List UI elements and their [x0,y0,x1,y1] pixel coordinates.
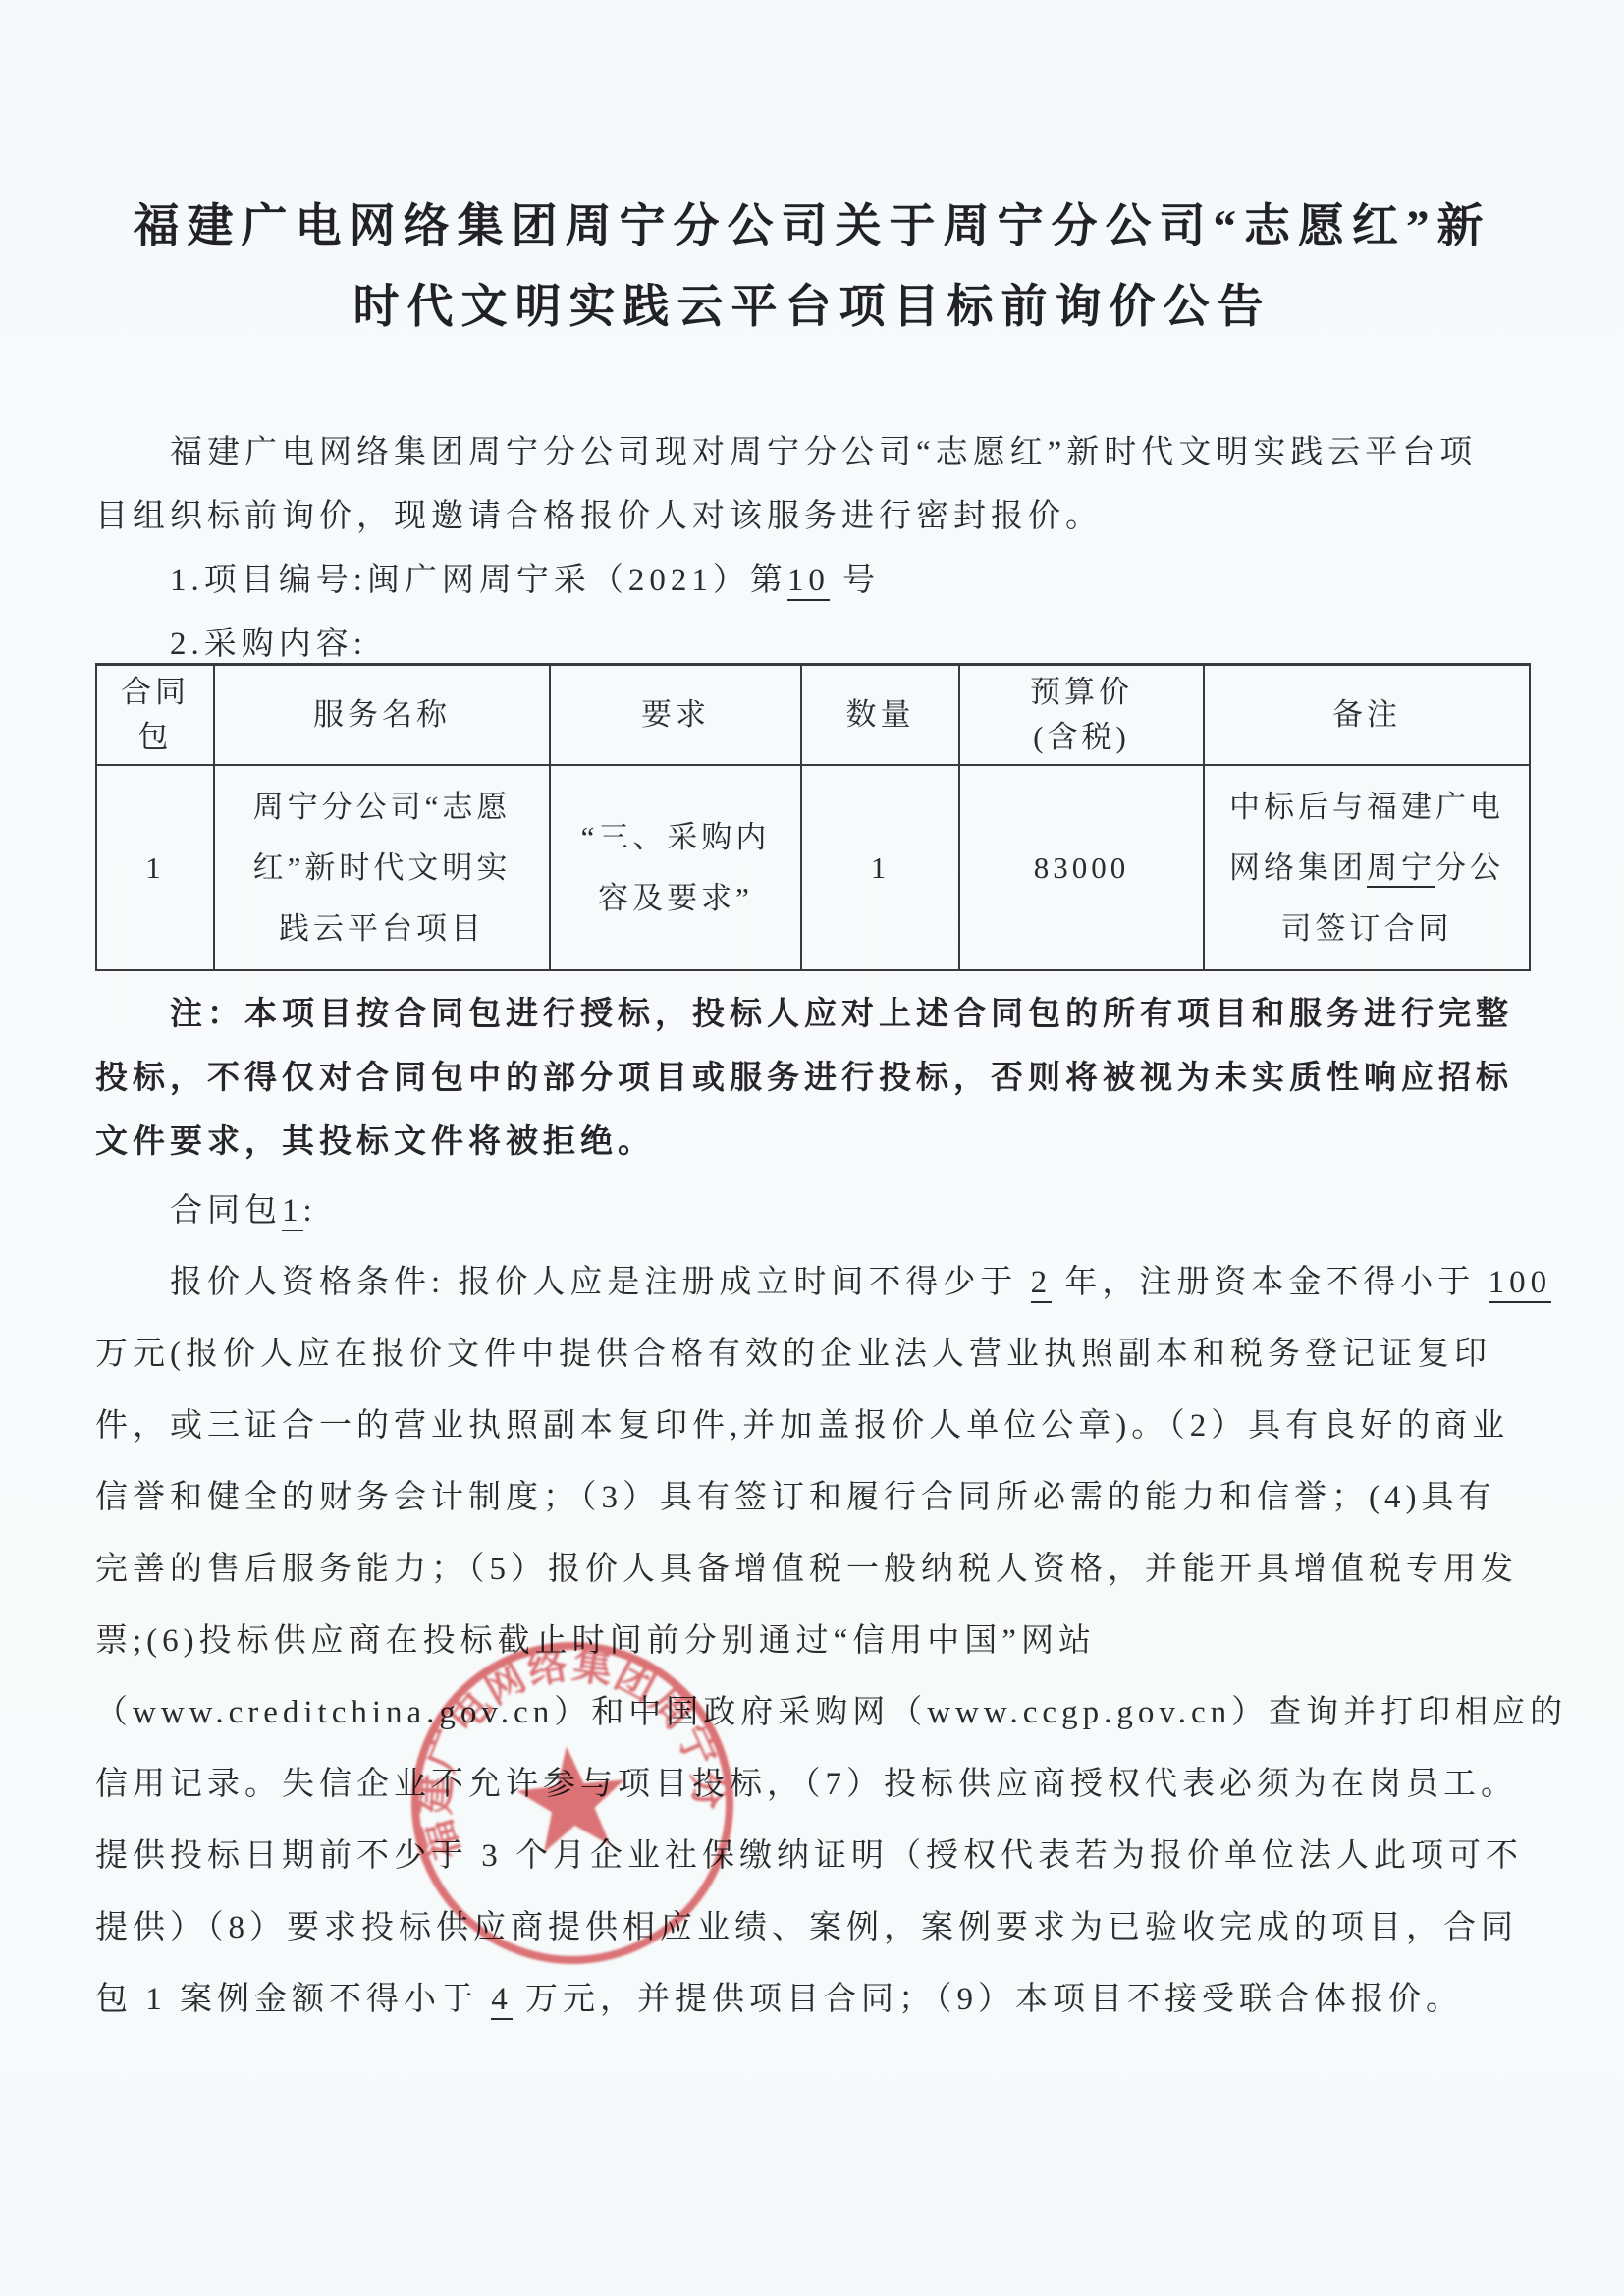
text-line: 报价人资格条件: 报价人应是注册成立时间不得少于 2 年，注册资本金不得小于 1… [95,1247,1529,1319]
cell-budget-price: 83000 [959,765,1204,970]
cell-quantity: 1 [801,765,959,970]
underlined-value: 4 [491,1982,513,2020]
table-header-row: 合同 包 服务名称 要求 数量 预算价 (含税) 备注 [96,665,1530,766]
text-line: 投标，不得仅对合同包中的部分项目或服务进行投标，否则将被视为未实质性响应招标 [95,1047,1529,1111]
text-line: 合同包1: [95,1175,1529,1247]
text-line: 票;(6)投标供应商在投标截止时间前分别通过“信用中国”网站 [95,1606,1529,1677]
header-package: 合同 包 [96,665,214,766]
header-remark: 备注 [1204,665,1530,766]
document-page: 福建广电网络集团周宁分公司关于周宁分公司“志愿红”新 时代文明实践云平台项目标前… [0,0,1624,2296]
text-line: 包 1 案例金额不得小于 4 万元，并提供项目合同；（9）本项目不接受联合体报价… [95,1964,1529,2036]
underlined-value: 10 [787,563,830,601]
text-line: 目组织标前询价，现邀请合格报价人对该服务进行密封报价。 [95,485,1529,549]
underlined-value: 2 [1031,1265,1053,1303]
header-requirement: 要求 [550,665,801,766]
text-line: 文件要求，其投标文件将被拒绝。 [95,1111,1529,1175]
header-quantity: 数量 [801,665,959,766]
cell-service-name: 周宁分公司“志愿 红”新时代文明实 践云平台项目 [214,765,550,970]
underlined-value: 周宁 [1367,850,1435,888]
text-line: 件，或三证合一的营业执照副本复印件,并加盖报价人单位公章)。（2）具有良好的商业 [95,1391,1529,1462]
table-row: 1 周宁分公司“志愿 红”新时代文明实 践云平台项目 “三、采购内 容及要求” … [96,765,1530,970]
header-budget-price: 预算价 (含税) [959,665,1204,766]
text-line: 注：本项目按合同包进行授标，投标人应对上述合同包的所有项目和服务进行完整 [95,983,1529,1047]
text-line: 完善的售后服务能力；（5）报价人具备增值税一般纳税人资格，并能开具增值税专用发 [95,1534,1529,1606]
cell-remark: 中标后与福建广电 网络集团周宁分公 司签订合同 [1204,765,1530,970]
title-line-1: 福建广电网络集团周宁分公司关于周宁分公司“志愿红”新 [95,187,1529,267]
page-title: 福建广电网络集团周宁分公司关于周宁分公司“志愿红”新 时代文明实践云平台项目标前… [95,187,1529,348]
underlined-value: 100 [1489,1265,1552,1303]
text-line: 信誉和健全的财务会计制度；（3）具有签订和履行合同所必需的能力和信誉；(4)具有 [95,1462,1529,1534]
text-line: 万元(报价人应在报价文件中提供合格有效的企业法人营业执照副本和税务登记证复印 [95,1319,1529,1391]
qualification-paragraph: 合同包1:报价人资格条件: 报价人应是注册成立时间不得少于 2 年，注册资本金不… [95,1175,1529,2036]
text-line: 信用记录。失信企业不允许参与项目投标，（7）投标供应商授权代表必须为在岗员工。 [95,1749,1529,1821]
cell-package: 1 [96,765,214,970]
title-line-2: 时代文明实践云平台项目标前询价公告 [95,267,1529,348]
procurement-table: 合同 包 服务名称 要求 数量 预算价 (含税) 备注 1 周宁分公司“志愿 红… [95,663,1531,971]
text-line: 福建广电网络集团周宁分公司现对周宁分公司“志愿红”新时代文明实践云平台项 [95,421,1529,485]
note-paragraph: 注：本项目按合同包进行授标，投标人应对上述合同包的所有项目和服务进行完整投标，不… [95,983,1529,1175]
underlined-value: 1 [282,1193,303,1231]
intro-paragraph: 福建广电网络集团周宁分公司现对周宁分公司“志愿红”新时代文明实践云平台项目组织标… [95,421,1529,677]
text-line: 1.项目编号:闽广网周宁采（2021）第10 号 [95,549,1529,613]
header-service-name: 服务名称 [214,665,550,766]
document-body: 福建广电网络集团周宁分公司关于周宁分公司“志愿红”新 时代文明实践云平台项目标前… [95,0,1529,2036]
text-line: 提供投标日期前不少于 3 个月企业社保缴纳证明（授权代表若为报价单位法人此项可不 [95,1821,1529,1892]
text-line: 提供）（8）要求投标供应商提供相应业绩、案例，案例要求为已验收完成的项目，合同 [95,1892,1529,1964]
cell-requirement: “三、采购内 容及要求” [550,765,801,970]
text-line: （www.creditchina.gov.cn）和中国政府采购网（www.ccg… [95,1677,1529,1749]
